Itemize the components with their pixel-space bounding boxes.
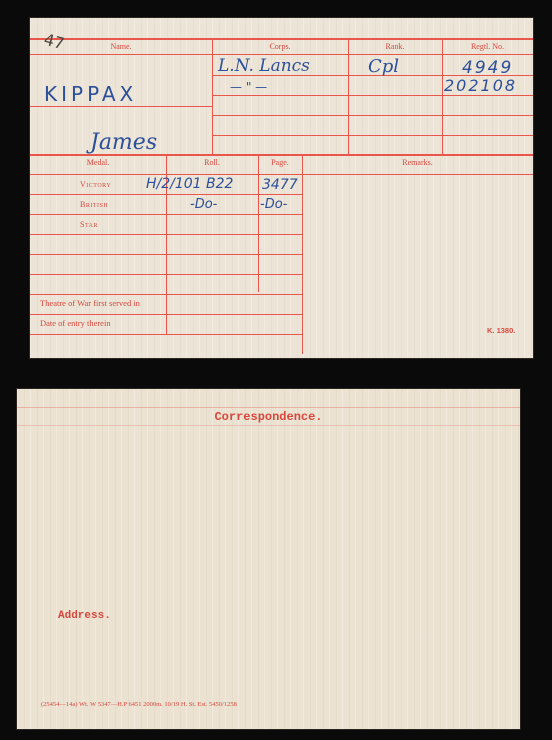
rule <box>30 254 302 255</box>
rule <box>30 38 533 40</box>
remarks-header: Remarks. <box>302 158 533 167</box>
rule <box>30 106 212 107</box>
rule <box>17 425 520 426</box>
rule <box>30 234 302 235</box>
medal-star: Star <box>80 220 98 229</box>
medal-index-card-front: Name. Corps. Rank. Regtl. No. 47 KIPPAX … <box>30 18 533 358</box>
medal-header: Medal. <box>30 158 166 167</box>
page-victory: 3477 <box>262 177 298 193</box>
theatre-label: Theatre of War first served in <box>40 298 140 308</box>
rule <box>212 135 533 136</box>
rule <box>30 294 302 295</box>
rank-value: Cpl <box>368 56 399 77</box>
corps-header: Corps. <box>212 42 348 51</box>
form-code: K. 1380. <box>487 326 515 335</box>
page-header: Page. <box>258 158 302 167</box>
corps-value: L.N. Lancs <box>218 56 310 76</box>
rule <box>348 38 349 154</box>
medal-british: British <box>80 200 108 209</box>
corps-ditto: — " — <box>230 80 267 94</box>
rule <box>17 407 520 408</box>
rule <box>30 214 302 215</box>
rule <box>212 115 533 116</box>
page-british: -Do- <box>260 197 287 212</box>
medal-index-card-back: Correspondence. Address. (25454—14a) Wt.… <box>17 389 520 729</box>
regt-number-1: 4949 <box>462 58 513 78</box>
forename: James <box>90 130 157 155</box>
rule <box>442 38 443 154</box>
rule <box>30 334 302 335</box>
rule <box>212 38 213 154</box>
regt-number-2: 202108 <box>444 76 517 95</box>
rule <box>30 54 533 55</box>
rule <box>302 154 303 354</box>
printer-line: (25454—14a) Wt. W 5347—H.P 6451 2000m. 1… <box>41 701 237 708</box>
date-entry-label: Date of entry therein <box>40 318 111 328</box>
correspondence-title: Correspondence. <box>17 410 520 424</box>
roll-british: -Do- <box>190 197 217 212</box>
rule <box>30 194 302 195</box>
rule <box>212 95 533 96</box>
rank-header: Rank. <box>348 42 442 51</box>
surname: KIPPAX <box>44 82 137 106</box>
roll-victory: H/2/101 B22 <box>146 176 233 192</box>
address-label: Address. <box>58 610 111 622</box>
regt-no-header: Regtl. No. <box>442 42 533 51</box>
rule <box>258 154 259 292</box>
rule <box>30 314 302 315</box>
medal-victory: Victory <box>80 180 111 189</box>
roll-header: Roll. <box>166 158 258 167</box>
rule <box>30 174 533 175</box>
rule <box>30 274 302 275</box>
